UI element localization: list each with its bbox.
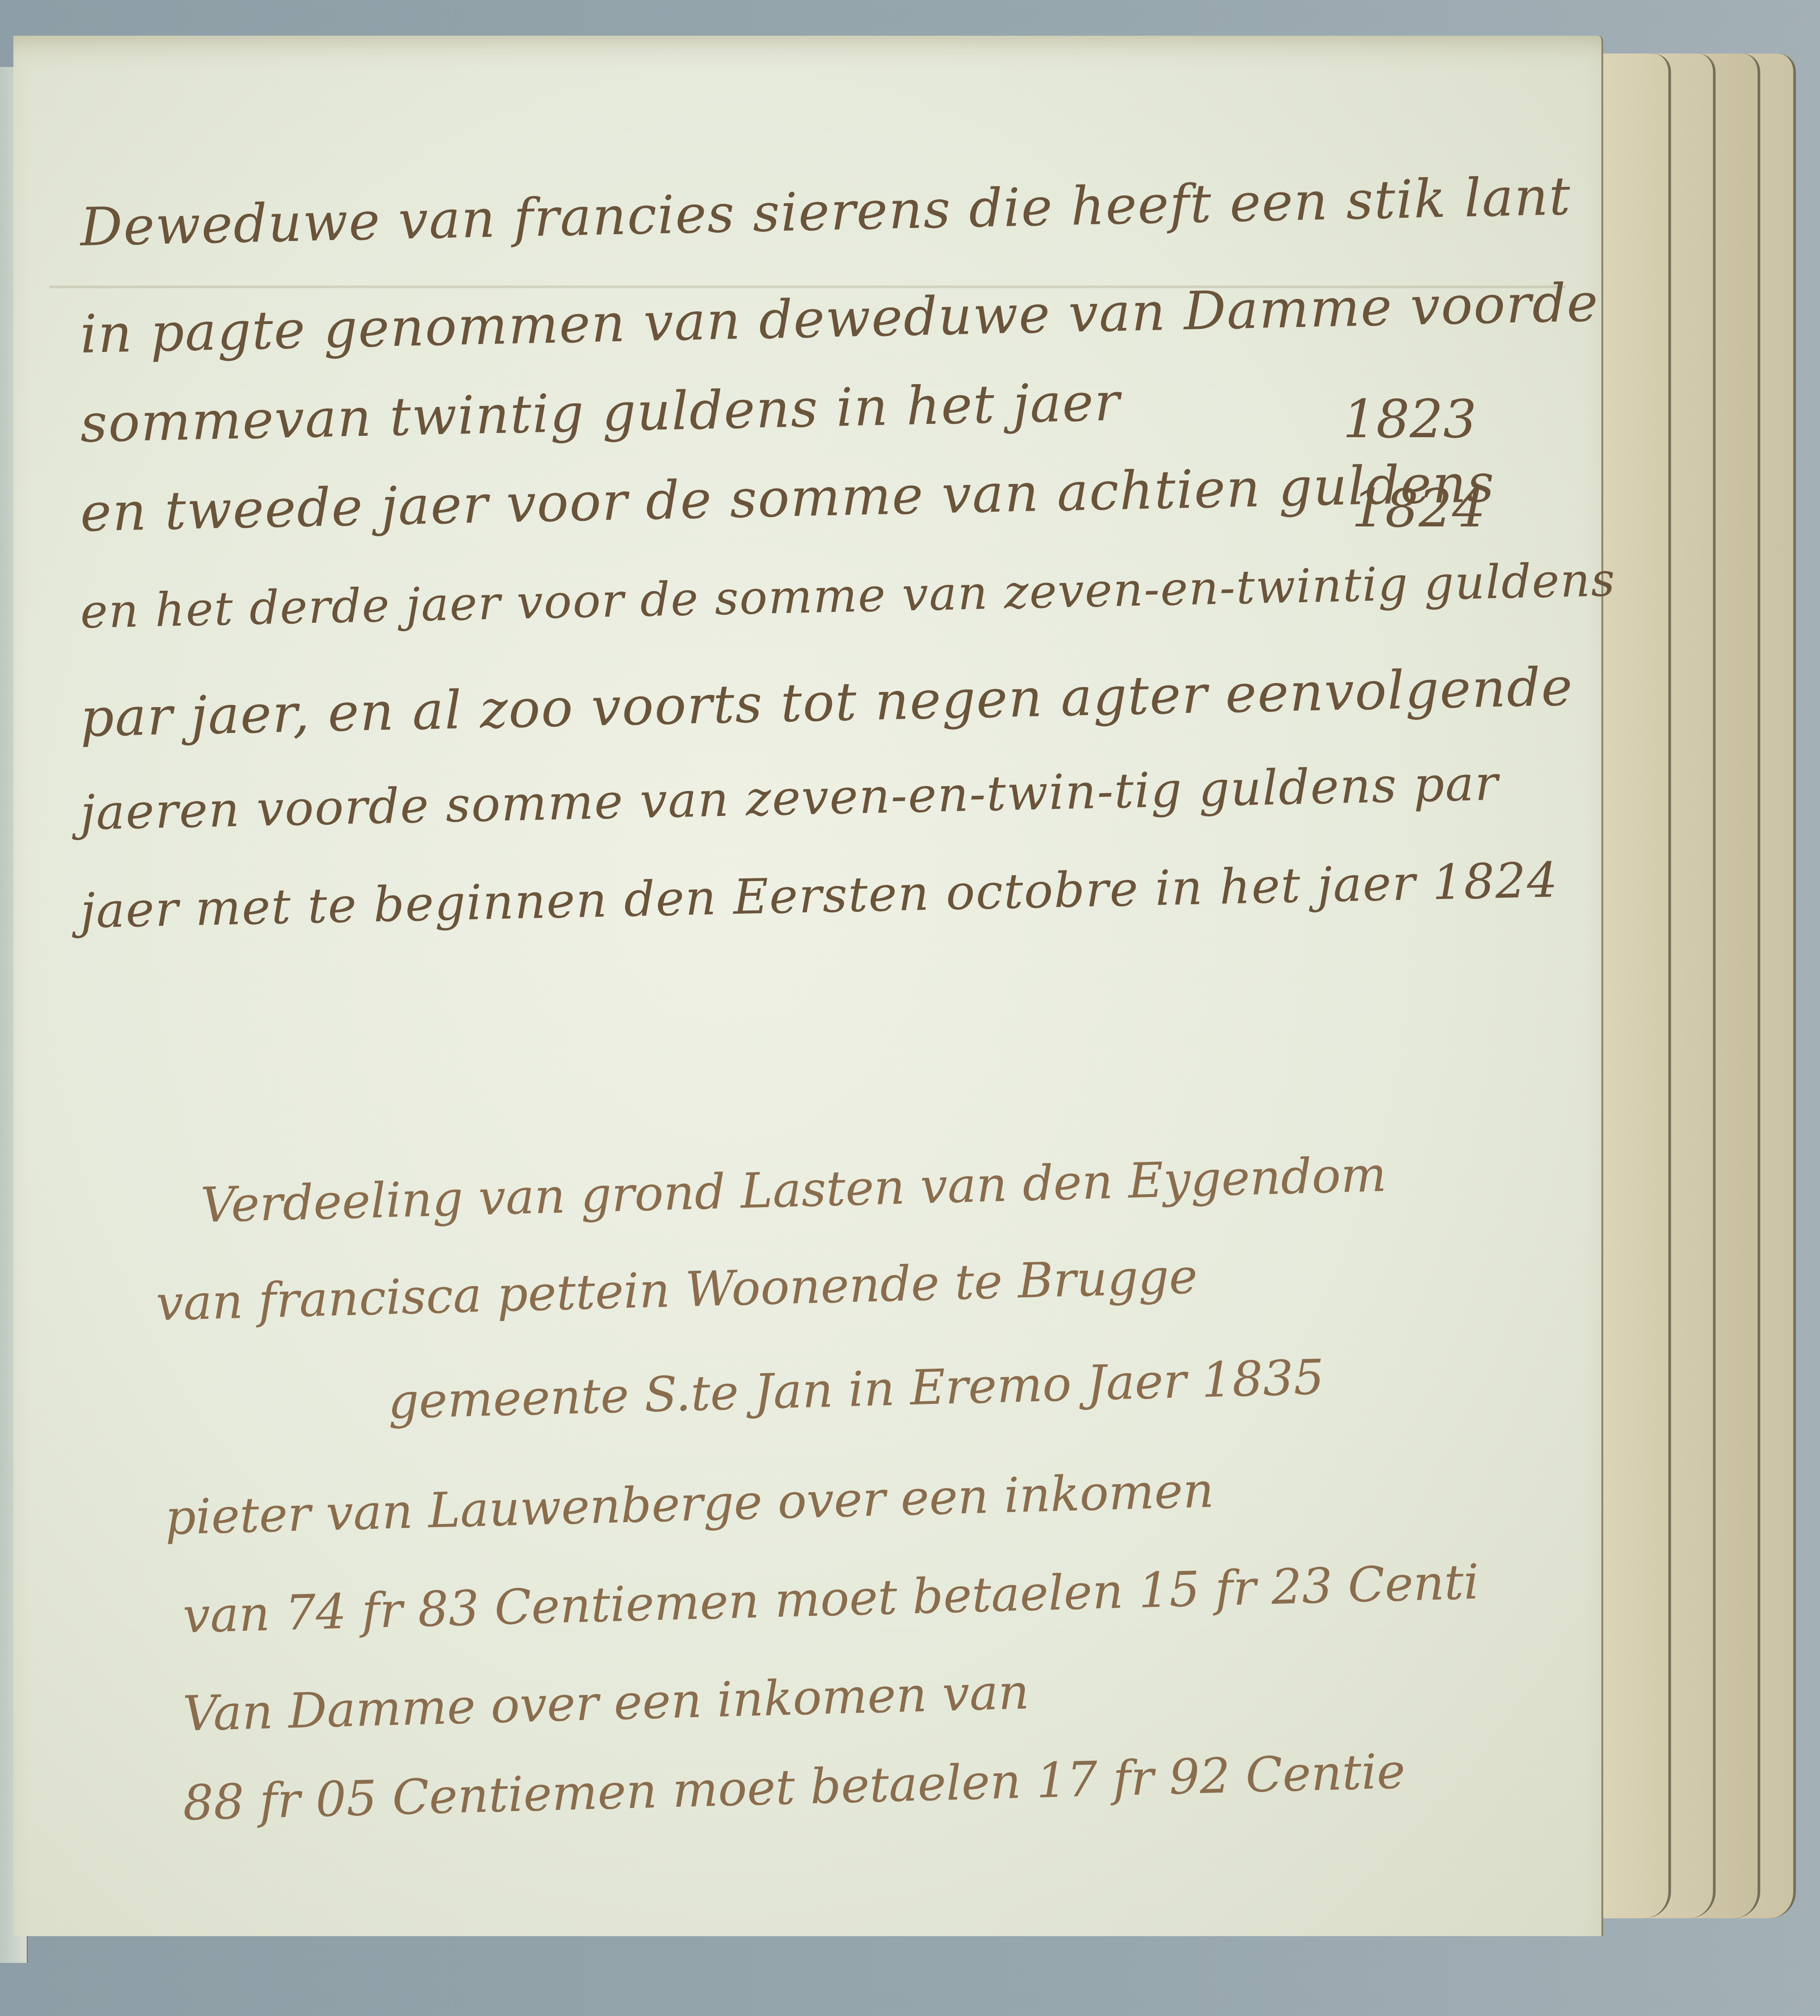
section-heading: gemeente S.te Jan in Eremo Jaer 1835	[387, 1350, 1325, 1430]
year-label: 1823	[1343, 388, 1477, 450]
section-heading: Verdeeling van grond Lasten van den Eyge…	[200, 1147, 1387, 1234]
text-line: en het derde jaer voor de somme van zeve…	[80, 552, 1616, 639]
text-line: en tweede jaer voor de somme van achtien…	[80, 452, 1496, 543]
entry-line: Van Damme over een inkomen van	[182, 1664, 1030, 1742]
entry-line: pieter van Lauwenberge over een inkomen	[164, 1462, 1214, 1546]
entry-line: van 74 fr 83 Centiemen moet betaelen 15 …	[182, 1554, 1480, 1644]
text-line: Deweduwe van francies sierens die heeft …	[80, 165, 1572, 258]
text-line: jaer met te beginnen den Eersten octobre…	[80, 853, 1559, 939]
text-line: sommevan twintig guldens in het jaer	[80, 371, 1121, 454]
text-line: jaeren voorde somme van zeven-en-twin-ti…	[80, 755, 1499, 841]
entry-line: 88 fr 05 Centiemen moet betaelen 17 fr 9…	[182, 1743, 1406, 1831]
text-line: par jaer, en al zoo voorts tot negen agt…	[80, 656, 1574, 749]
year-label: 1824	[1352, 477, 1485, 539]
section-heading: van francisca pettein Woonende te Brugge	[155, 1249, 1198, 1332]
manuscript-page: Deweduwe van francies sierens die heeft …	[13, 36, 1603, 1936]
